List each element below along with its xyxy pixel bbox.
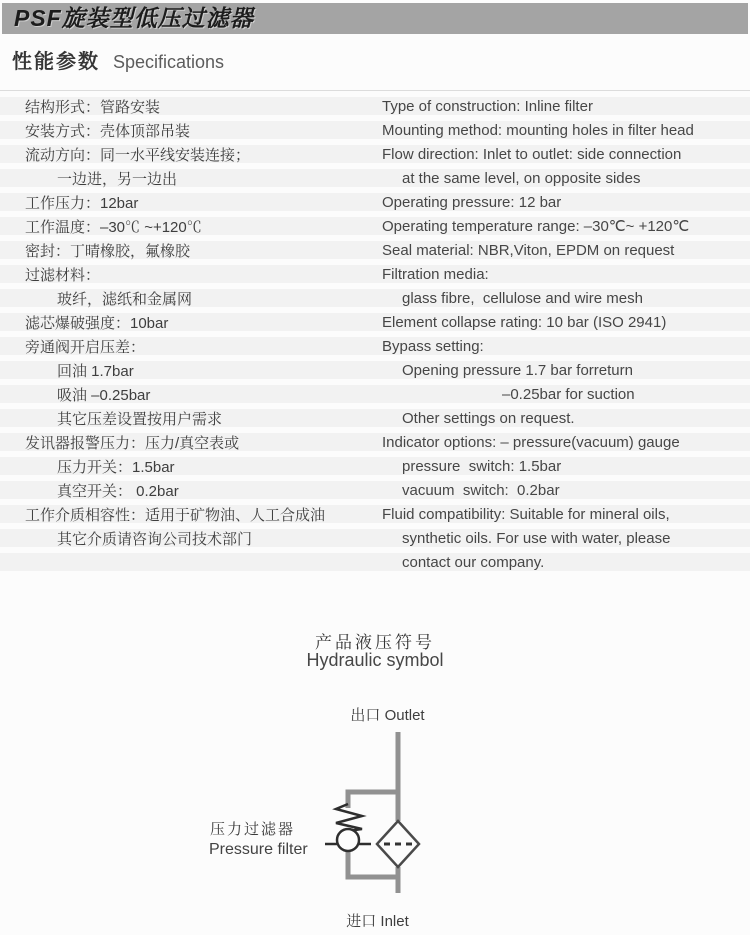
spec-en-text: Flow direction: Inlet to outlet: side co… — [382, 146, 750, 163]
spec-en-text: Operating temperature range: –30℃~ +120℃ — [382, 217, 750, 235]
spec-cn-text: 密封：丁晴橡胶，氟橡胶 — [0, 240, 382, 261]
spec-en-text: at the same level, on opposite sides — [382, 170, 750, 187]
page-title: PSF旋装型低压过滤器 — [2, 3, 748, 34]
spec-en-text: Fluid compatibility: Suitable for minera… — [382, 506, 750, 523]
spec-cn-text: 其它压差设置按用户需求 — [0, 408, 382, 429]
spec-en-text: Element collapse rating: 10 bar (ISO 294… — [382, 314, 750, 331]
spec-cn-text: 压力开关：1.5bar — [0, 456, 382, 477]
datasheet-page: PSF旋装型低压过滤器 性能参数Specifications 结构形式：管路安装… — [0, 0, 750, 935]
spec-en-text: Bypass setting: — [382, 338, 750, 355]
spec-en-text: Mounting method: mounting holes in filte… — [382, 122, 750, 139]
pipe-lines — [348, 732, 400, 893]
spec-cn-text: 其它介质请咨询公司技术部门 — [0, 528, 382, 549]
spec-cn-text: 吸油 –0.25bar — [0, 384, 382, 405]
bypass-pipe-top — [348, 792, 400, 808]
hydraulic-symbol-diagram — [180, 720, 510, 900]
spec-row: 过滤材料： Filtration media: — [0, 262, 750, 286]
hydraulic-symbol-title-en: Hydraulic symbol — [0, 650, 750, 671]
spec-row: 工作介质相容性：适用于矿物油、人工合成油 Fluid compatibility… — [0, 502, 750, 526]
spec-row: 其它压差设置按用户需求 Other settings on request. — [0, 406, 750, 430]
spec-cn-text: 工作温度：–30℃ ~+120℃ — [0, 216, 382, 237]
spec-row: 玻纤，滤纸和金属网 glass fibre, cellulose and wir… — [0, 286, 750, 310]
spec-en-text: Opening pressure 1.7 bar forreturn — [382, 362, 750, 379]
title-bar: PSF旋装型低压过滤器 — [2, 3, 748, 34]
bypass-check-valve-circle — [337, 829, 359, 851]
spec-row: 安装方式：壳体顶部吊装 Mounting method: mounting ho… — [0, 118, 750, 142]
spec-row: 一边进，另一边出 at the same level, on opposite … — [0, 166, 750, 190]
section-title-cn: 性能参数 — [12, 51, 100, 73]
spec-cn-text: 回油 1.7bar — [0, 360, 382, 381]
spec-row: 其它介质请咨询公司技术部门 synthetic oils. For use wi… — [0, 526, 750, 550]
spec-row: 工作温度：–30℃ ~+120℃ Operating temperature r… — [0, 214, 750, 238]
spec-cn-text: 过滤材料： — [0, 264, 382, 285]
spec-cn-text: 真空开关： 0.2bar — [0, 480, 382, 501]
spec-en-text: pressure switch: 1.5bar — [382, 458, 750, 475]
spec-cn-text: 旁通阀开启压差： — [0, 336, 382, 357]
spec-cn-text: 工作介质相容性：适用于矿物油、人工合成油 — [0, 504, 382, 525]
spec-row: 发讯器报警压力：压力/真空表或 Indicator options: – pre… — [0, 430, 750, 454]
spec-row: 流动方向：同一水平线安装连接； Flow direction: Inlet to… — [0, 142, 750, 166]
spec-row: 压力开关：1.5bar pressure switch: 1.5bar — [0, 454, 750, 478]
spec-en-text: Indicator options: – pressure(vacuum) ga… — [382, 434, 750, 451]
section-title: 性能参数Specifications — [12, 45, 224, 74]
spec-cn-text: 玻纤，滤纸和金属网 — [0, 288, 382, 309]
spec-row: 旁通阀开启压差： Bypass setting: — [0, 334, 750, 358]
spec-row: 吸油 –0.25bar –0.25bar for suction — [0, 382, 750, 406]
spec-cn-text: 一边进，另一边出 — [0, 168, 382, 189]
spec-row: 滤芯爆破强度：10bar Element collapse rating: 10… — [0, 310, 750, 334]
spec-cn-text: 结构形式：管路安装 — [0, 96, 382, 117]
spec-en-text: Operating pressure: 12 bar — [382, 194, 750, 211]
section-title-en: Specifications — [113, 52, 224, 72]
spec-row: 密封：丁晴橡胶，氟橡胶 Seal material: NBR,Viton, EP… — [0, 238, 750, 262]
spec-en-text: synthetic oils. For use with water, plea… — [382, 530, 750, 547]
spec-en-text: Filtration media: — [382, 266, 750, 283]
spec-row: 结构形式：管路安装 Type of construction: Inline f… — [0, 94, 750, 118]
spec-row: contact our company. — [0, 550, 750, 574]
spec-cn-text: 流动方向：同一水平线安装连接； — [0, 144, 382, 165]
inlet-label: 进口 Inlet — [320, 910, 435, 931]
spec-cn-text: 发讯器报警压力：压力/真空表或 — [0, 432, 382, 453]
bypass-spring — [336, 804, 362, 831]
spec-en-text: Type of construction: Inline filter — [382, 98, 750, 115]
bypass-valve — [325, 804, 371, 851]
spec-row: 真空开关： 0.2bar vacuum switch: 0.2bar — [0, 478, 750, 502]
spec-row: 工作压力：12bar Operating pressure: 12 bar — [0, 190, 750, 214]
spec-cn-text: 安装方式：壳体顶部吊装 — [0, 120, 382, 141]
spec-en-text: vacuum switch: 0.2bar — [382, 482, 750, 499]
spec-en-text: Other settings on request. — [382, 410, 750, 427]
spec-row: 回油 1.7bar Opening pressure 1.7 bar forre… — [0, 358, 750, 382]
spec-en-text: glass fibre, cellulose and wire mesh — [382, 290, 750, 307]
section-divider — [0, 90, 750, 91]
spec-en-text: contact our company. — [382, 554, 750, 571]
specs-table: 结构形式：管路安装 Type of construction: Inline f… — [0, 94, 750, 574]
spec-en-text: –0.25bar for suction — [382, 386, 750, 403]
spec-cn-text: 工作压力：12bar — [0, 192, 382, 213]
spec-en-text: Seal material: NBR,Viton, EPDM on reques… — [382, 242, 750, 259]
spec-cn-text: 滤芯爆破强度：10bar — [0, 312, 382, 333]
